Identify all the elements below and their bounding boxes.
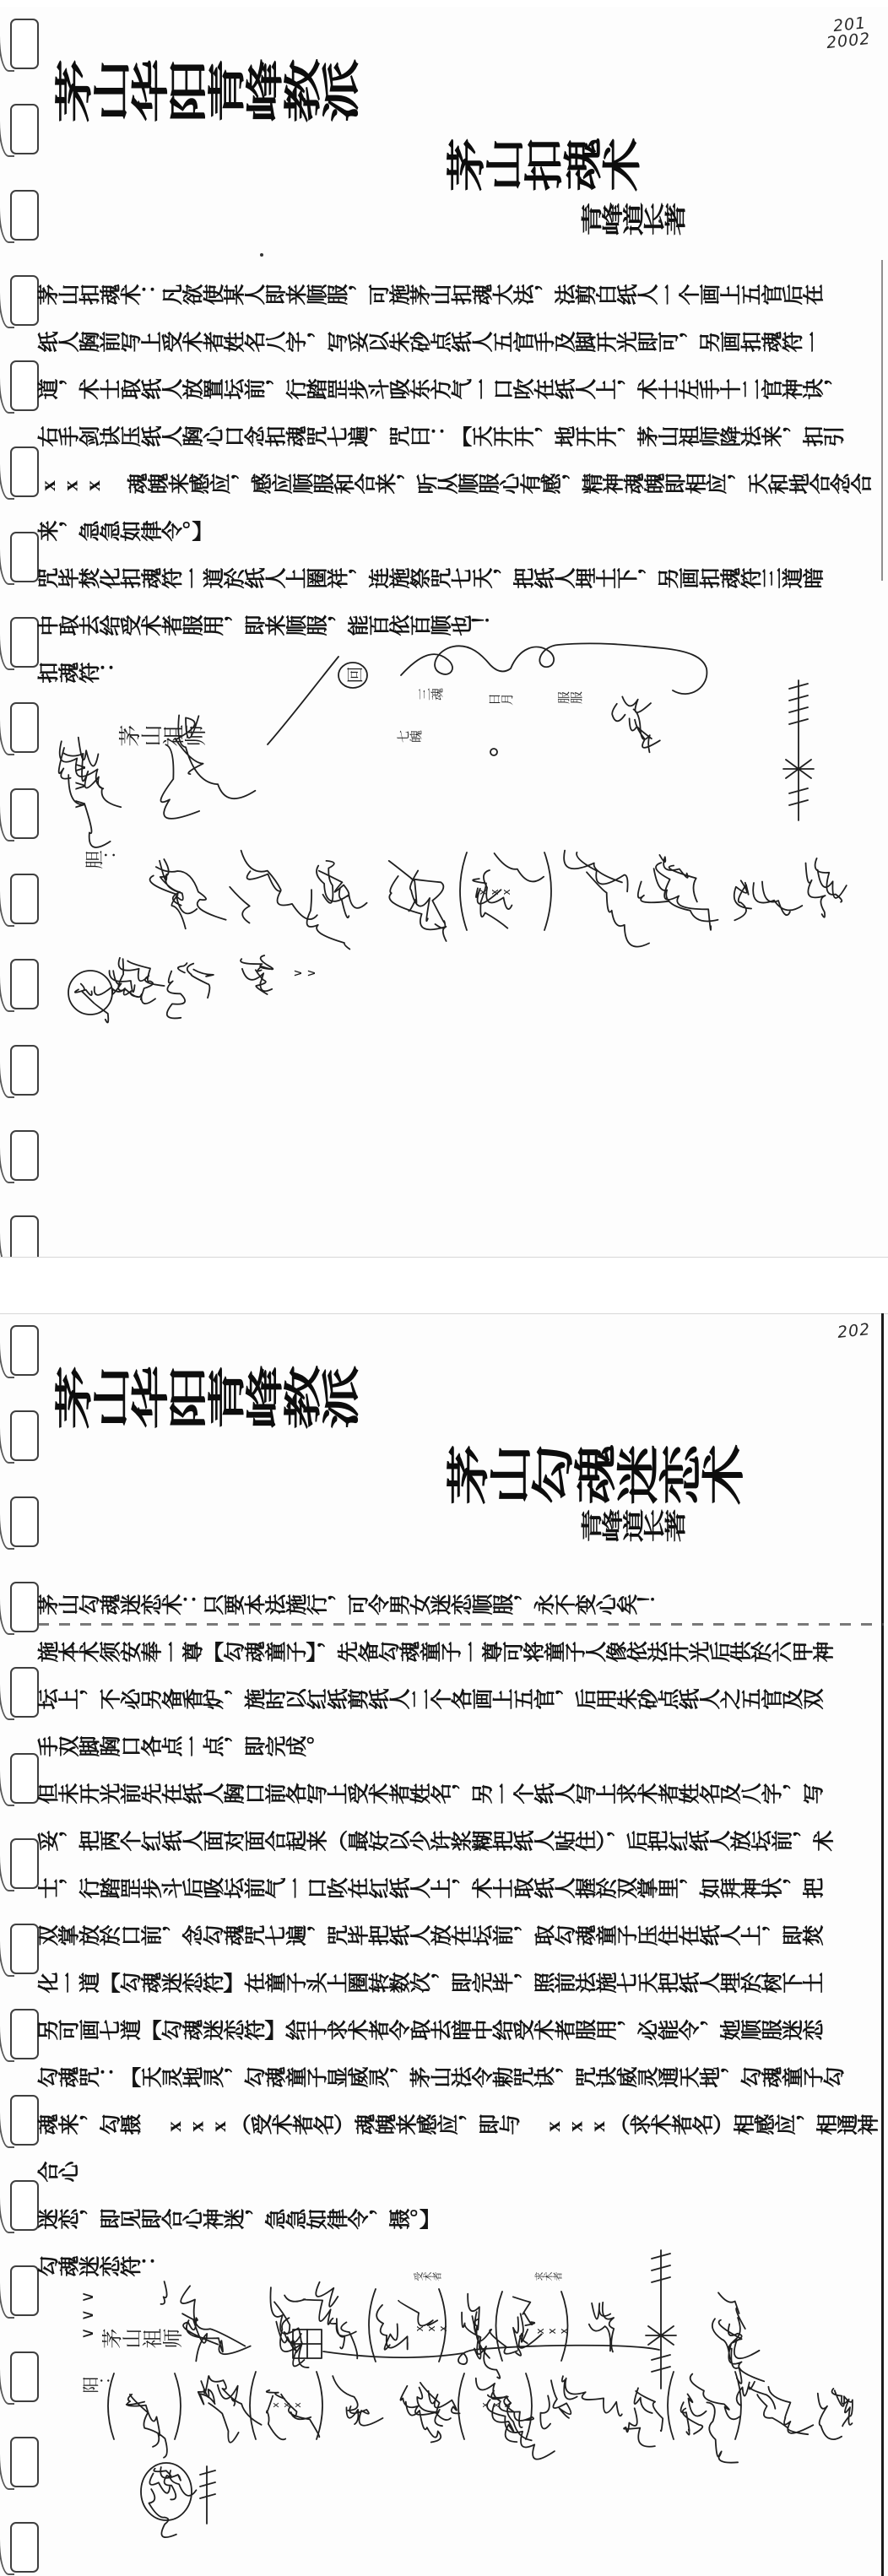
binding-hole — [10, 532, 39, 582]
binding-hole — [10, 360, 39, 411]
school-title: 茅山华阳青峰教派 — [54, 51, 360, 143]
author: 青峰道长著 — [581, 198, 685, 246]
talisman-glyph-cluster — [681, 2374, 740, 2463]
page-1: 201 2002 茅山华阳青峰教派 茅山扣魂术 青峰道长著 茅山扣魂术：凡欲使某… — [0, 7, 888, 1258]
talisman-glyph-cluster — [75, 984, 138, 1023]
binding-hole — [10, 1496, 39, 1547]
talisman-glyph-cluster — [806, 858, 847, 917]
talisman-glyph-cluster — [589, 2303, 614, 2352]
author: 青峰道长著 — [581, 1504, 685, 1552]
body-text: 茅山勾魂迷恋术：只要本法施行，可令男女迷恋顺服，永不变心矣！ 施本术须安奉一尊【… — [37, 1583, 886, 2292]
talisman-glyph-cluster — [462, 2294, 517, 2378]
binding-hole — [10, 275, 39, 326]
talisman-glyph-cluster — [333, 2376, 382, 2426]
binding-hole — [10, 959, 39, 1009]
talisman-glyph-cluster — [241, 955, 273, 994]
binding-hole — [10, 1667, 39, 1718]
binding-hole — [10, 702, 39, 753]
page-bottom-edge — [0, 1257, 888, 1258]
binding-hole — [10, 617, 39, 668]
binding-hole — [10, 2522, 39, 2573]
talisman-glyph-cluster — [127, 2395, 167, 2458]
talisman-hash-star — [783, 680, 814, 820]
art-title: 茅山扣魂术 — [446, 130, 640, 208]
talisman-dot-ring — [490, 749, 497, 755]
binding-hole — [10, 1753, 39, 1804]
binding-hole — [10, 2095, 39, 2146]
talisman-glyph-cluster — [734, 880, 803, 920]
page-1-content: 茅山华阳青峰教派 茅山扣魂术 青峰道长著 茅山扣魂术：凡欲使某人即来顺服，可施茅… — [35, 7, 886, 1258]
binding-hole — [10, 1582, 39, 1632]
talisman-glyph-cluster — [818, 2389, 853, 2439]
talisman-glyph-cluster — [267, 2390, 320, 2440]
talisman-glyph-cluster — [307, 861, 367, 950]
talisman-scribble — [59, 738, 122, 847]
binding-hole — [10, 446, 39, 497]
talisman-scribble — [612, 696, 660, 752]
school-title: 茅山华阳青峰教派 — [54, 1357, 360, 1449]
talisman-drawing — [38, 2245, 882, 2576]
binding-hole — [10, 2180, 39, 2231]
talisman-glyph-cluster — [624, 2388, 663, 2446]
talisman-scribble — [161, 2281, 251, 2361]
scanned-document: 201 2002 茅山华阳青峰教派 茅山扣魂术 青峰道长著 茅山扣魂术：凡欲使某… — [0, 0, 888, 2576]
talisman-brackets — [460, 852, 551, 930]
talisman-hash-star — [646, 2250, 676, 2389]
talisman-loop-stroke — [401, 643, 707, 694]
binding-hole — [10, 1215, 39, 1258]
binding-hole — [10, 1045, 39, 1096]
binding-hole — [10, 1325, 39, 1376]
talisman-glyph-cluster — [473, 853, 544, 928]
binding-hole — [10, 874, 39, 924]
binding-hole — [10, 1410, 39, 1461]
talisman-glyph-cluster — [638, 855, 718, 930]
talisman-glyph-cluster — [564, 851, 649, 947]
talisman-glyph-cluster — [540, 2376, 621, 2428]
binding-hole — [10, 2009, 39, 2059]
talisman-glyph-cluster — [167, 963, 214, 1018]
talisman-glyph-cluster — [150, 859, 226, 928]
talisman-glyph-cluster — [376, 2301, 437, 2350]
binding-hole — [10, 2437, 39, 2487]
talisman-glyph-cluster — [712, 2292, 764, 2384]
talisman-glyph-cluster — [389, 861, 447, 941]
body-text: 茅山扣魂术：凡欲使某人即来顺服，可施茅山扣魂大法，法剪白纸人一个画上五官后在 纸… — [37, 273, 886, 699]
binding-hole — [10, 190, 39, 241]
talisman-hash — [200, 2466, 215, 2524]
talisman-glyph-cluster — [400, 2383, 459, 2443]
talisman-glyph-cluster — [476, 2378, 555, 2460]
binding-hole — [10, 104, 39, 154]
binding-hole — [10, 1838, 39, 1889]
talisman-scribble — [160, 715, 255, 818]
page-2: 202 茅山华阳青峰教派 茅山勾魂迷恋术 青峰道长著 茅山勾魂迷恋术：只要本法施… — [0, 1313, 888, 2576]
binding-hole — [10, 788, 39, 839]
talisman-stroke — [268, 657, 338, 744]
talisman-glyph-cluster — [230, 851, 317, 923]
binding-hole — [10, 1130, 39, 1181]
binding-hole — [10, 2351, 39, 2402]
talisman-drawing — [38, 640, 874, 1036]
binding-hole — [10, 1924, 39, 1974]
talisman-circle — [338, 663, 367, 688]
binding-hole — [10, 19, 39, 69]
talisman-glyph-cluster — [737, 2382, 814, 2434]
binding-hole — [10, 2265, 39, 2316]
talisman-box-cross — [293, 2330, 322, 2358]
